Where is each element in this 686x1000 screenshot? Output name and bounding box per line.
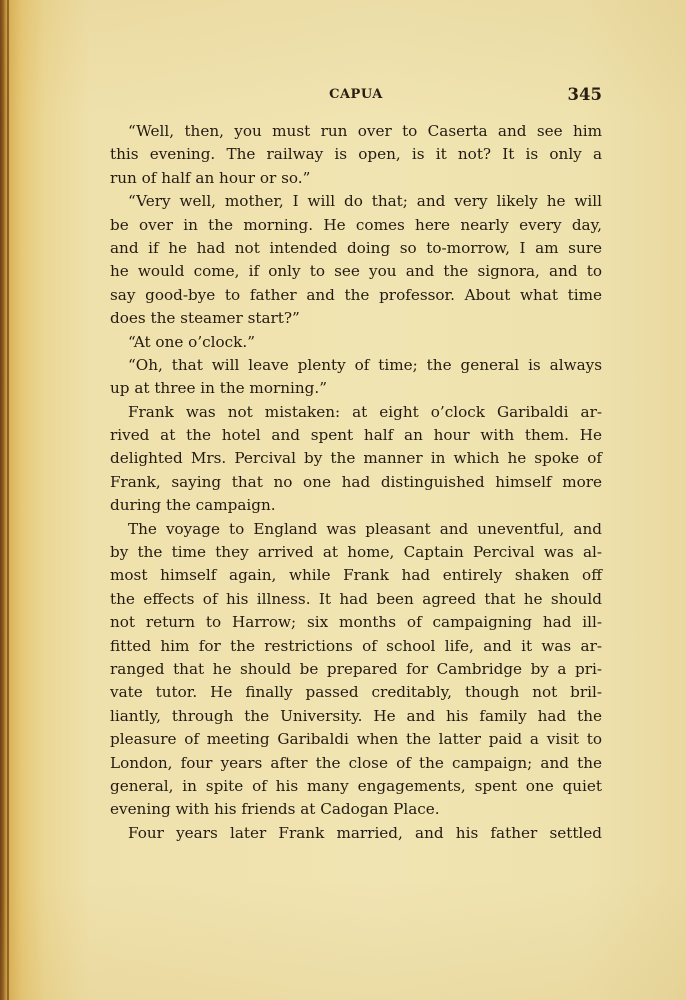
text-line: this evening. The railway is open, is it… [110, 143, 602, 166]
text-line: fitted him for the restrictions of schoo… [110, 635, 602, 658]
running-head: CAPUA 345 [110, 85, 602, 105]
book-page: CAPUA 345 “Well, then, you must run over… [0, 0, 686, 1000]
text-line: pleasure of meeting Garibaldi when the l… [110, 728, 602, 751]
binding-edge [7, 0, 9, 1000]
text-line: during the campaign. [110, 494, 602, 517]
text-line: liantly, through the University. He and … [110, 705, 602, 728]
running-title: CAPUA [110, 87, 602, 102]
text-line: “At one o’clock.” [110, 331, 602, 354]
text-line: the effects of his illness. It had been … [110, 588, 602, 611]
text-line: “Oh, that will leave plenty of time; the… [110, 354, 602, 377]
text-line: Frank was not mistaken: at eight o’clock… [110, 401, 602, 424]
text-line: and if he had not intended doing so to-m… [110, 237, 602, 260]
text-line: London, four years after the close of th… [110, 752, 602, 775]
text-line: not return to Harrow; six months of camp… [110, 611, 602, 634]
body-text: “Well, then, you must run over to Casert… [110, 120, 602, 845]
text-line: he would come, if only to see you and th… [110, 260, 602, 283]
text-line: general, in spite of his many engagement… [110, 775, 602, 798]
text-line: ranged that he should be prepared for Ca… [110, 658, 602, 681]
text-line: Frank, saying that no one had distinguis… [110, 471, 602, 494]
text-line: rived at the hotel and spent half an hou… [110, 424, 602, 447]
text-line: “Well, then, you must run over to Casert… [110, 120, 602, 143]
text-line: run of half an hour or so.” [110, 167, 602, 190]
text-line: up at three in the morning.” [110, 377, 602, 400]
text-line: “Very well, mother, I will do that; and … [110, 190, 602, 213]
text-line: by the time they arrived at home, Captai… [110, 541, 602, 564]
text-line: most himself again, while Frank had enti… [110, 564, 602, 587]
text-line: The voyage to England was pleasant and u… [110, 518, 602, 541]
text-line: Four years later Frank married, and his … [110, 822, 602, 845]
text-line: does the steamer start?” [110, 307, 602, 330]
text-line: delighted Mrs. Percival by the manner in… [110, 447, 602, 470]
text-line: say good-bye to father and the professor… [110, 284, 602, 307]
text-line: be over in the morning. He comes here ne… [110, 214, 602, 237]
text-line: evening with his friends at Cadogan Plac… [110, 798, 602, 821]
page-number: 345 [568, 85, 602, 104]
text-line: vate tutor. He finally passed creditably… [110, 681, 602, 704]
